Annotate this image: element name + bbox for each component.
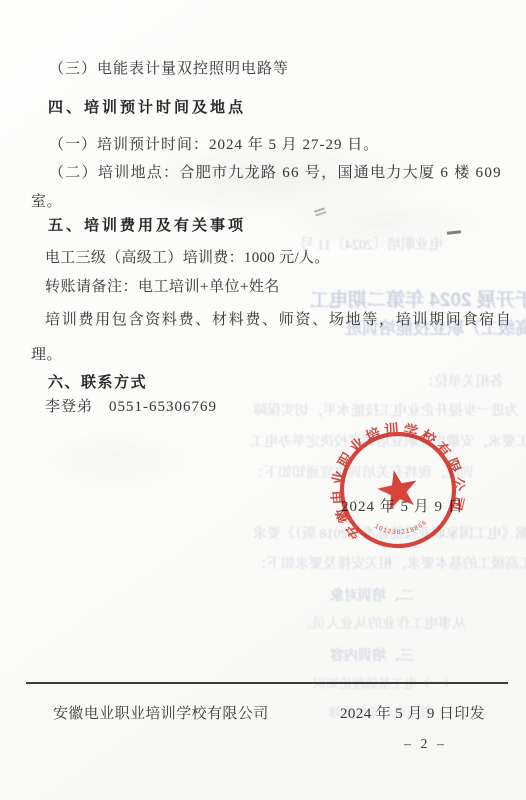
body-text-line: 四、培训预计时间及地点 xyxy=(48,100,246,115)
bleedthrough-line: 为进一步提升企业电工技能水平，切实保障 xyxy=(253,405,519,419)
bleedthrough-line: 关于开展 2024 年第二期电工 xyxy=(310,291,526,310)
body-text-line: 五、培训费用及有关事项 xyxy=(48,218,246,233)
footer-issuer: 安徽电业职业培训学校有限公司 xyxy=(53,702,269,723)
bleedthrough-line: 各相关单位： xyxy=(420,376,504,390)
body-text-line: 李登弟 0551-65306769 xyxy=(45,400,217,415)
footer-print-date: 2024 年 5 月 9 日印发 xyxy=(340,702,485,723)
body-text-line: （二）培训地点：合肥市九龙路 66 号，国通电力大厦 6 楼 609 xyxy=(49,166,502,181)
body-text-line: （三）电能表计量双控照明电路等 xyxy=(49,62,289,77)
body-text-line: （一）培训预计时间：2024 年 5 月 27-29 日。 xyxy=(49,138,379,153)
body-text-line: 电工三级（高级工）培训费：1000 元/人。 xyxy=(45,251,330,266)
seal-code: 101230218866 xyxy=(372,512,430,541)
svg-text:101230218866: 101230218866 xyxy=(372,512,430,541)
body-text-line: 理。 xyxy=(31,348,62,363)
body-text-line: 转账请备注：电工培训+单位+姓名 xyxy=(45,280,280,295)
body-text-line: 培训费用包含资料费、材料费、师资、场地等，培训期间食宿自 xyxy=(45,313,513,328)
bleedthrough-line: 从事电工作业的从业人员。 xyxy=(298,618,466,632)
star-icon xyxy=(374,466,421,511)
scan-smudge xyxy=(40,430,190,490)
body-text-line: 室。 xyxy=(31,195,62,210)
scan-artifact-dash xyxy=(447,230,461,234)
bleedthrough-line: 三、培训内容 xyxy=(330,648,414,662)
page-number: – 2 – xyxy=(404,737,447,753)
bleedthrough-line: 二、培训对象 xyxy=(330,588,414,602)
footer-rule xyxy=(26,682,508,684)
scanned-document-page: 电业职培〔2024〕11 号关于开展 2024 年第二期电工（高级工）职业技能培… xyxy=(0,0,526,800)
scan-artifact-tick xyxy=(314,207,325,212)
body-text-line: 六、联系方式 xyxy=(48,375,147,390)
official-seal: 安徽电业职业培训学校有限公司 101230218866 xyxy=(316,408,480,572)
